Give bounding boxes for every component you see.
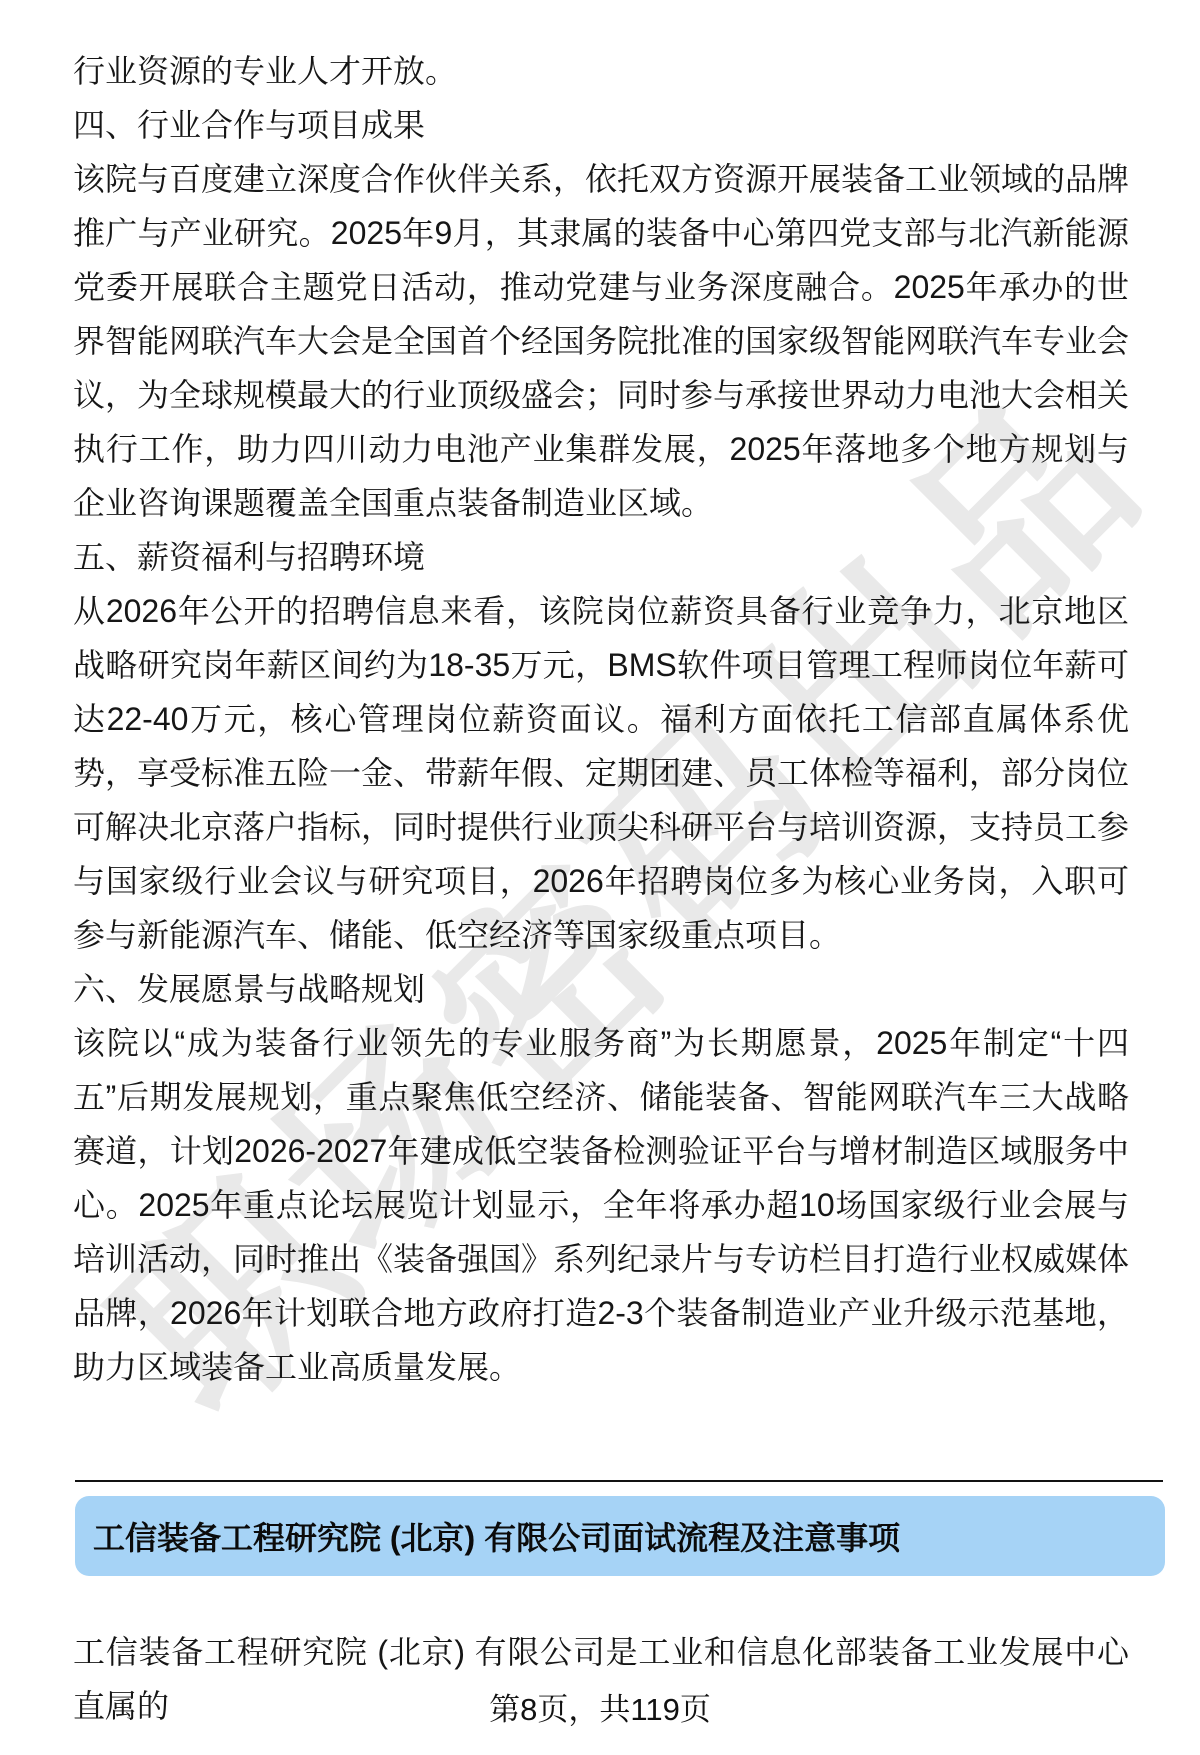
document-page: 职场密码出品 行业资源的专业人才开放。 四、行业合作与项目成果 该院与百度建立深… [0,0,1200,1755]
section-heading-4: 四、行业合作与项目成果 [73,98,1129,152]
section-heading-6: 六、发展愿景与战略规划 [73,962,1129,1016]
section-title-box: 工信装备工程研究院 (北京) 有限公司面试流程及注意事项 [75,1496,1165,1576]
section-heading-5: 五、薪资福利与招聘环境 [73,530,1129,584]
horizontal-divider [75,1480,1163,1482]
paragraph-salary-benefits: 从2026年公开的招聘信息来看，该院岗位薪资具备行业竞争力，北京地区战略研究岗年… [73,584,1129,962]
paragraph-vision-strategy: 该院以“成为装备行业领先的专业服务商”为长期愿景，2025年制定“十四五”后期发… [73,1016,1129,1394]
paragraph-continuation: 行业资源的专业人才开放。 [73,44,1129,98]
section-title: 工信装备工程研究院 (北京) 有限公司面试流程及注意事项 [93,1513,900,1559]
body-text: 行业资源的专业人才开放。 四、行业合作与项目成果 该院与百度建立深度合作伙伴关系… [73,44,1129,1394]
page-number-footer: 第8页，共119页 [0,1686,1200,1734]
paragraph-industry-cooperation: 该院与百度建立深度合作伙伴关系，依托双方资源开展装备工业领域的品牌推广与产业研究… [73,152,1129,530]
